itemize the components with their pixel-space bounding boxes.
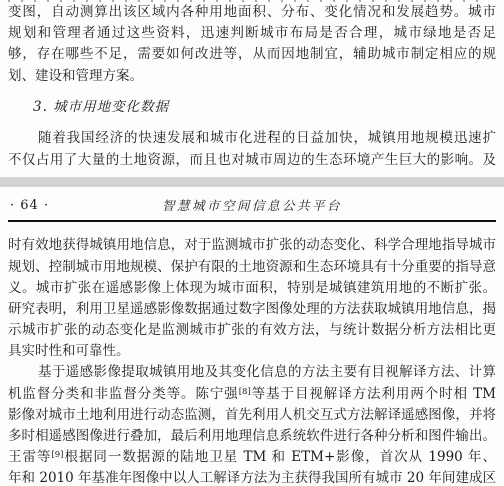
text-line: 机监督分类和非监督分类等。陈宁强[8]等基于目视解译方法利用两个时相 TM — [8, 384, 496, 405]
paragraph-tail: 变图，自动测算出该区域内各种用地面积、分布、变化情况和发展趋势。城市规划和管理者… — [8, 2, 496, 87]
text-line: 够，存在哪些不足，需要如何改进等，从而因地制宜，辅助城市制定相应的规 — [8, 44, 496, 65]
text-line: 规划、控制城市用地规模、保护有限的土地资源和生态环境具有十分重要的指导意 — [8, 257, 496, 278]
text-line: 影像对城市土地利用进行动态监测，首先利用人机交互式方法解译遥感图像，并将 — [8, 405, 496, 426]
text-line: 随着我国经济的快速发展和城市化进程的日益加快，城镇用地规模迅速扩张， — [8, 128, 496, 149]
text-line: 具实时性和可靠性。 — [8, 341, 496, 362]
section-heading: 3. 城市用地变化数据 — [8, 97, 496, 118]
citation-superscript: [9] — [51, 450, 63, 460]
page-header: · 64 · 智慧城市空间信息公共平台 — [8, 197, 496, 214]
page-divider-band — [0, 177, 504, 187]
page-number: · 64 · — [10, 197, 49, 214]
text-line: 多时相遥感图像进行叠加，最后利用地理信息系统软件进行各种分析和图件输出。 — [8, 426, 496, 447]
text-line: 研究表明，利用卫星遥感影像数据通过数字图像处理的方法获取城镇用地信息，揭 — [8, 299, 496, 320]
text-line: 年和 2010 年基准年图像中以人工解译方法为主获得我国所有城市 20 年间建成… — [8, 468, 496, 486]
text-line: 规划和管理者通过这些资料，迅速判断城市布局是否合理，城市绿地是否足 — [8, 23, 496, 44]
text-line: 时有效地获得城镇用地信息，对于监测城市扩张的动态变化、科学合理地指导城市 — [8, 235, 496, 256]
clipped-text-remnant — [8, 0, 481, 2]
text-line: 划、建设和管理方案。 — [8, 66, 496, 87]
paragraph: 基于遥感影像提取城镇用地及其变化信息的方法主要有目视解译方法、计算机监督分类和非… — [8, 362, 496, 486]
text-line: 基于遥感影像提取城镇用地及其变化信息的方法主要有目视解译方法、计算 — [8, 362, 496, 383]
scanned-book-pages: 变图，自动测算出该区域内各种用地面积、分布、变化情况和发展趋势。城市规划和管理者… — [0, 0, 504, 486]
running-title: 智慧城市空间信息公共平台 — [162, 197, 342, 214]
previous-page-bottom: 变图，自动测算出该区域内各种用地面积、分布、变化情况和发展趋势。城市规划和管理者… — [8, 2, 496, 171]
text-line: 示城市扩张的动态变化是监测城市扩张的有效方法，与统计数据分析方法相比更 — [8, 320, 496, 341]
paragraph: 随着我国经济的快速发展和城市化进程的日益加快，城镇用地规模迅速扩张，不仅占用了大… — [8, 128, 496, 170]
header-rule — [8, 220, 496, 222]
paragraph-tail: 时有效地获得城镇用地信息，对于监测城市扩张的动态变化、科学合理地指导城市规划、控… — [8, 235, 496, 362]
text-line: 不仅占用了大量的土地资源，而且也对城市周边的生态环境产生巨大的影响。及 — [8, 150, 496, 171]
current-page-body: 时有效地获得城镇用地信息，对于监测城市扩张的动态变化、科学合理地指导城市规划、控… — [8, 235, 496, 486]
citation-superscript: [8] — [239, 387, 251, 397]
text-line: 王雷等[9]根据同一数据源的陆地卫星 TM 和 ETM+影像，首次从 1990 … — [8, 447, 496, 468]
text-line: 变图，自动测算出该区域内各种用地面积、分布、变化情况和发展趋势。城市 — [8, 2, 496, 23]
text-line: 义。城市扩张在遥感影像上体现为城市面积，特别是城镇建筑用地的不断扩张。 — [8, 278, 496, 299]
